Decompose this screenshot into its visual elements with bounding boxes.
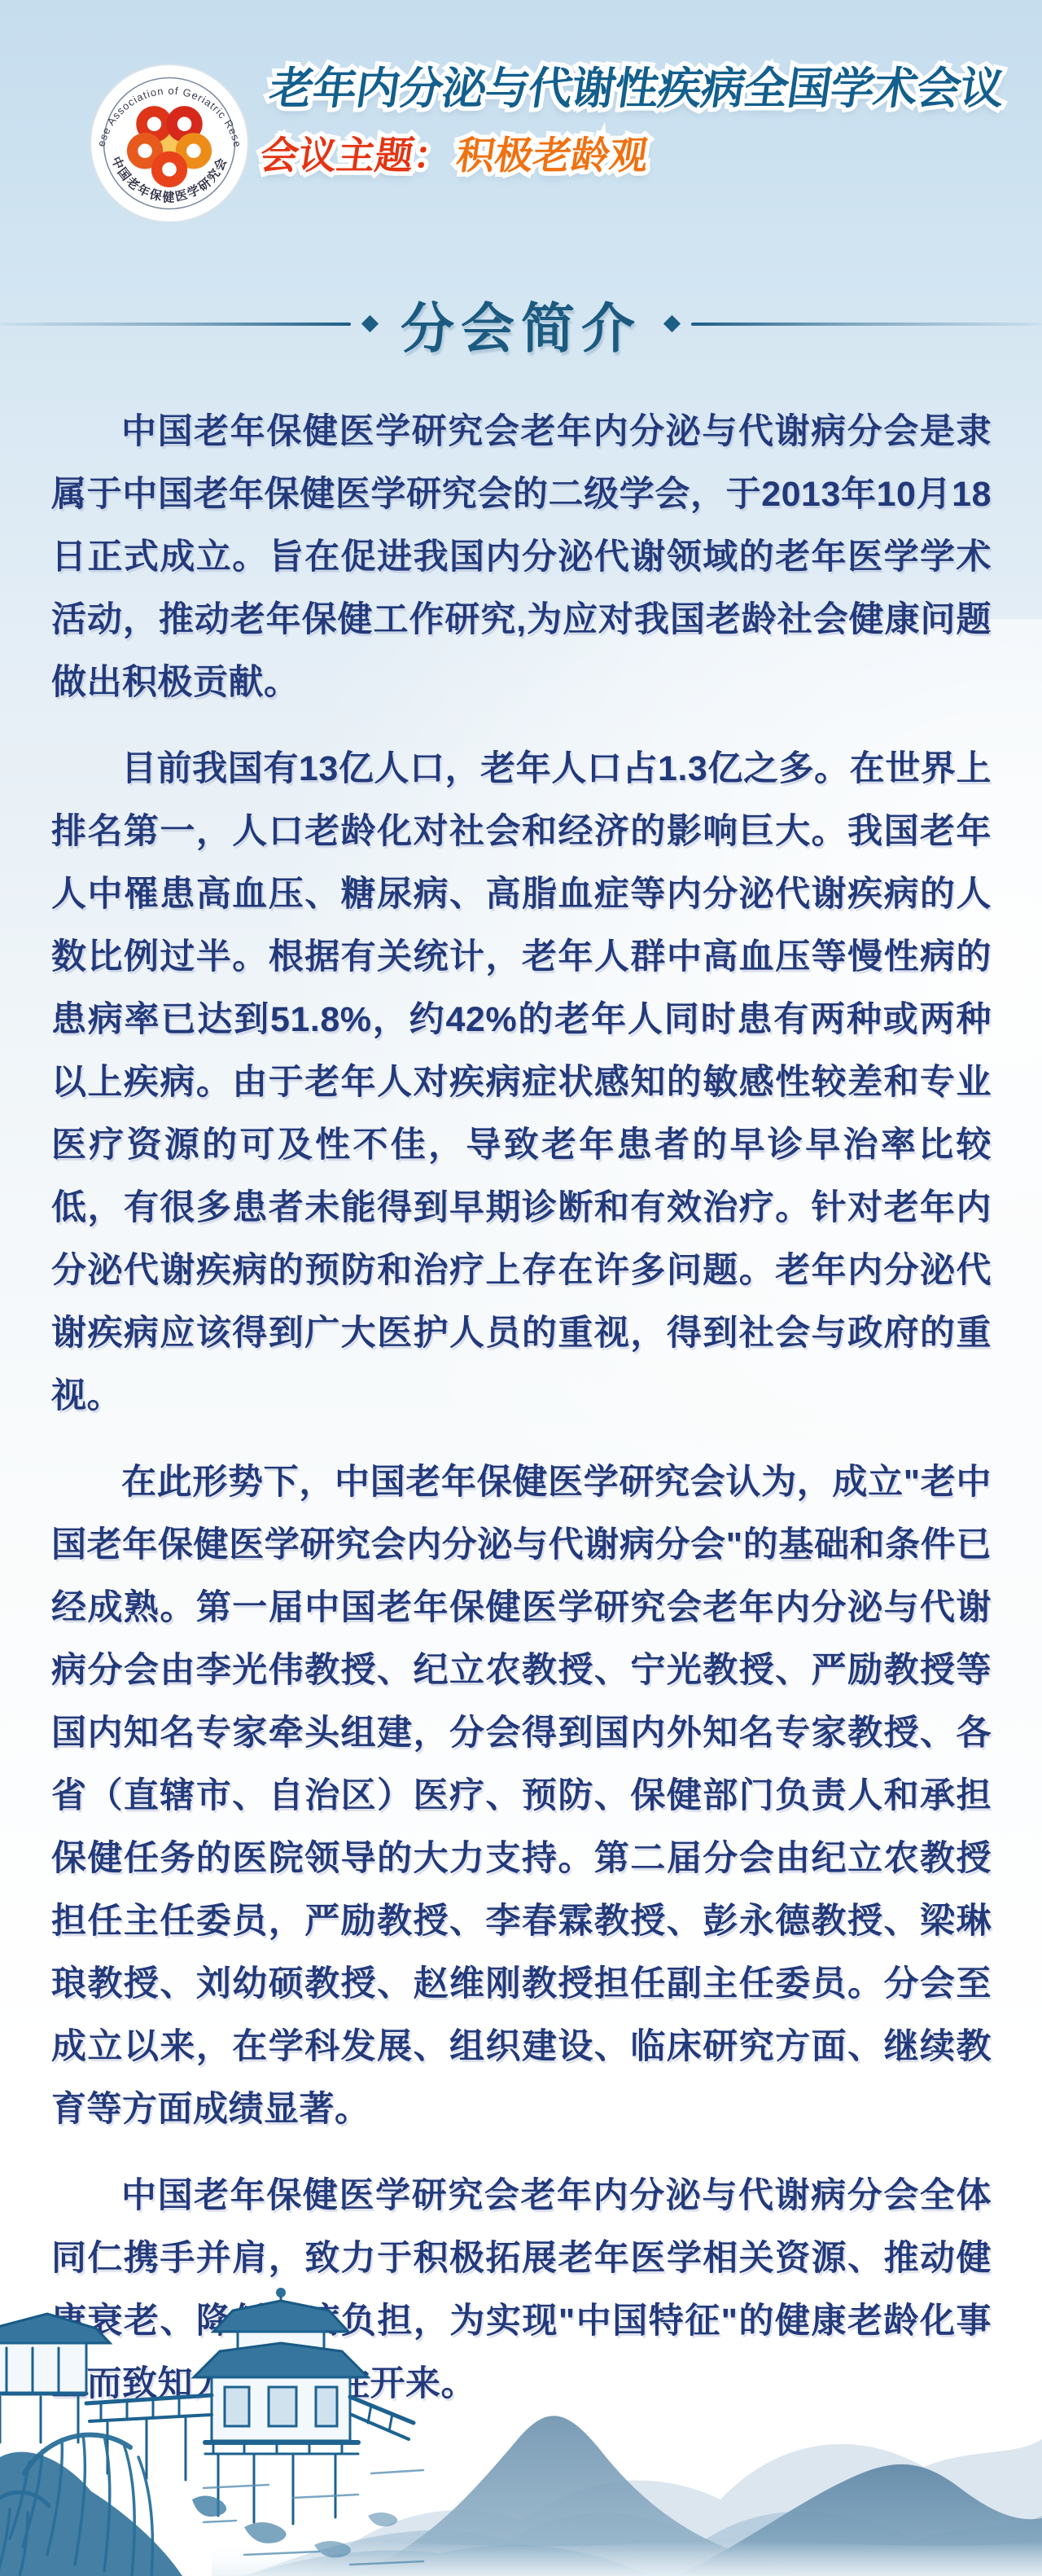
- association-logo: Chinese Association of Geriatric Researc…: [90, 64, 249, 223]
- paragraph-3: 在此形势下，中国老年保健医学研究会认为，成立"老中国老年保健医学研究会内分泌与代…: [51, 1451, 992, 2141]
- paragraph-2: 目前我国有13亿人口，老年人口占1.3亿之多。在世界上排名第一，人口老龄化对社会…: [51, 738, 992, 1428]
- rocks-icon: [0, 2452, 397, 2576]
- divider-line-right: [691, 323, 1042, 326]
- section-header: 分会简介: [0, 285, 1042, 362]
- ink-landscape-illustration: [0, 2229, 1042, 2576]
- page-title: 老年内分泌与代谢性疾病全国学术会议 老年内分泌与代谢性疾病全国学术会议: [266, 62, 1007, 116]
- theme-value: 积极老龄观 积极老龄观: [453, 132, 651, 179]
- paragraph-1: 中国老年保健医学研究会老年内分泌与代谢病分会是隶属于中国老年保健医学研究会的二级…: [51, 401, 992, 714]
- theme-label: 会议主题： 会议主题：: [257, 132, 455, 179]
- conference-theme: 会议主题： 会议主题： 积极老龄观 积极老龄观: [257, 132, 997, 179]
- intro-article: 中国老年保健医学研究会老年内分泌与代谢病分会是隶属于中国老年保健医学研究会的二级…: [51, 401, 992, 2439]
- diamond-icon: [663, 315, 681, 332]
- section-title: 分会简介: [401, 285, 641, 362]
- diamond-icon: [361, 315, 379, 332]
- header-text-block: 老年内分泌与代谢性疾病全国学术会议 老年内分泌与代谢性疾病全国学术会议 会议主题…: [257, 62, 1007, 179]
- page-title-text: 老年内分泌与代谢性疾病全国学术会议: [266, 62, 1007, 116]
- pavilion-icon: [0, 2288, 423, 2576]
- conference-intro-page: { "header": { "logo": { "top_text": "Chi…: [0, 0, 1042, 2576]
- divider-line-left: [0, 323, 351, 326]
